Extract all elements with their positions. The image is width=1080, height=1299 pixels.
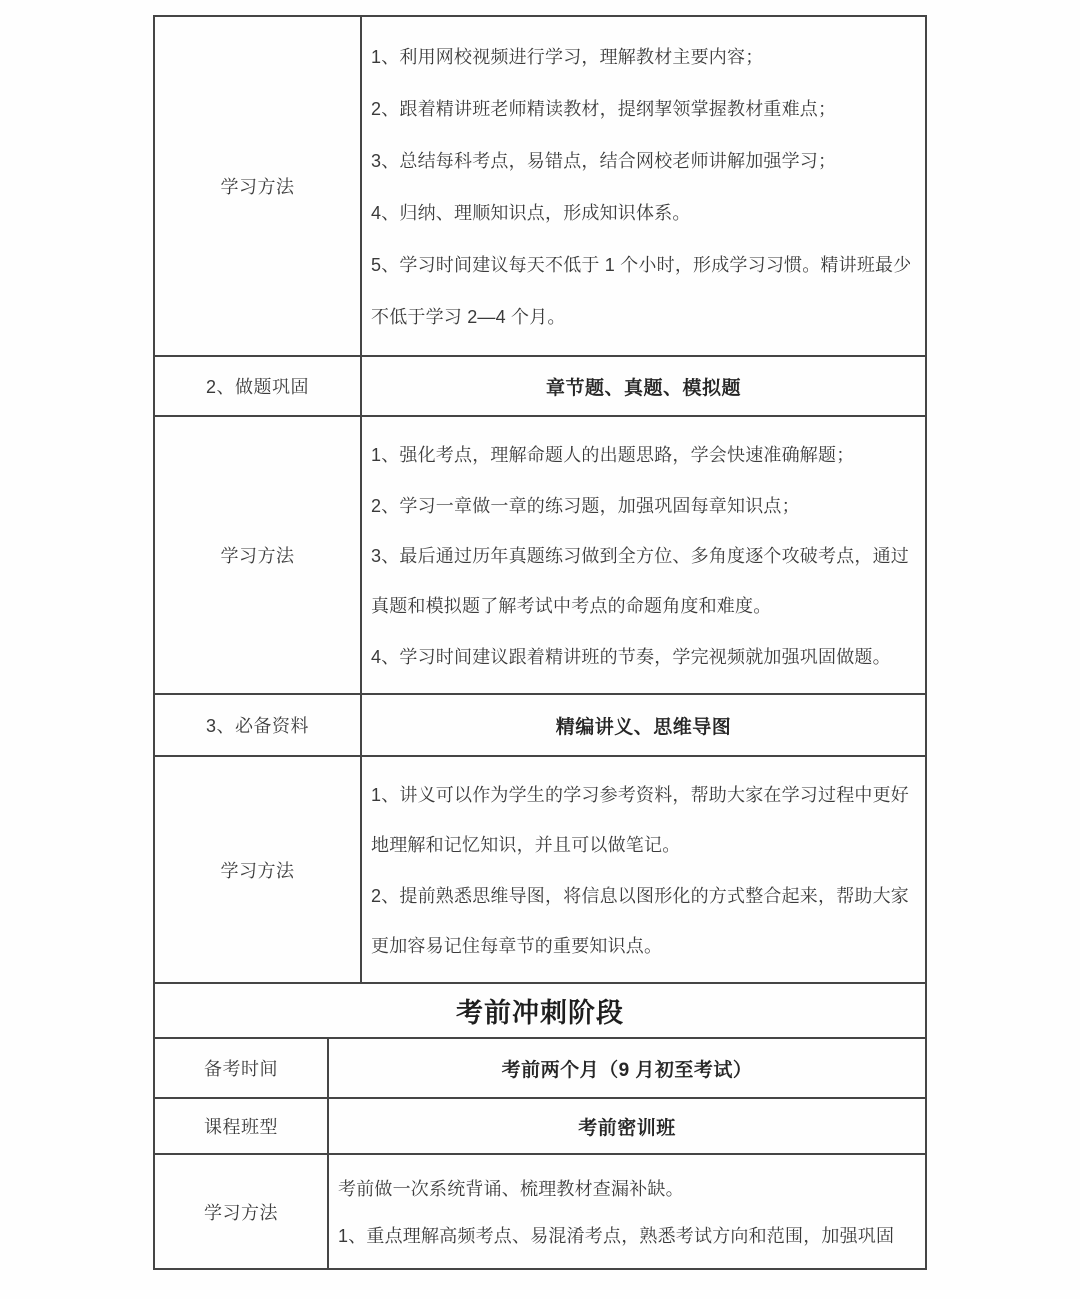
method-item: 5、学习时间建议每天不低于 1 个小时，形成学习习惯。精讲班最少 xyxy=(371,251,925,277)
row-label: 学习方法 xyxy=(155,17,362,355)
row-content: 考前两个月（9 月初至考试） xyxy=(329,1039,925,1097)
method-item-continuation: 真题和模拟题了解考试中考点的命题角度和难度。 xyxy=(371,592,925,618)
row-label-text: 3、必备资料 xyxy=(206,712,309,738)
row-content: 精编讲义、思维导图 xyxy=(362,695,925,755)
table-row-course-type: 课程班型 考前密训班 xyxy=(155,1099,925,1155)
table-row-study-method-4: 学习方法 考前做一次系统背诵、梳理教材查漏补缺。 1、重点理解高频考点、易混淆考… xyxy=(155,1155,925,1268)
method-item: 3、总结每科考点，易错点，结合网校老师讲解加强学习； xyxy=(371,147,925,173)
row-content: 1、利用网校视频进行学习，理解教材主要内容； 2、跟着精讲班老师精读教材，提纲挈… xyxy=(362,17,925,355)
table-row-study-method-3: 学习方法 1、讲义可以作为学生的学习参考资料，帮助大家在学习过程中更好 地理解和… xyxy=(155,757,925,984)
method-item: 1、利用网校视频进行学习，理解教材主要内容； xyxy=(371,43,925,69)
row-value-text: 考前密训班 xyxy=(578,1113,676,1140)
row-value-text: 精编讲义、思维导图 xyxy=(556,712,732,739)
study-plan-table: 学习方法 1、利用网校视频进行学习，理解教材主要内容； 2、跟着精讲班老师精读教… xyxy=(153,15,927,1270)
method-item: 2、提前熟悉思维导图，将信息以图形化的方式整合起来，帮助大家 xyxy=(371,882,925,908)
row-content: 1、强化考点，理解命题人的出题思路，学会快速准确解题； 2、学习一章做一章的练习… xyxy=(362,417,925,693)
row-content: 1、讲义可以作为学生的学习参考资料，帮助大家在学习过程中更好 地理解和记忆知识，… xyxy=(362,757,925,982)
table-row-study-method-1: 学习方法 1、利用网校视频进行学习，理解教材主要内容； 2、跟着精讲班老师精读教… xyxy=(155,17,925,357)
row-label: 学习方法 xyxy=(155,1155,329,1268)
row-label: 备考时间 xyxy=(155,1039,329,1097)
row-value-text: 考前两个月（9 月初至考试） xyxy=(502,1055,753,1082)
row-label: 学习方法 xyxy=(155,417,362,693)
method-item: 1、重点理解高频考点、易混淆考点，熟悉考试方向和范围，加强巩固 xyxy=(338,1222,925,1248)
row-content: 章节题、真题、模拟题 xyxy=(362,357,925,415)
row-value-text: 章节题、真题、模拟题 xyxy=(546,373,741,400)
method-item: 4、归纳、理顺知识点，形成知识体系。 xyxy=(371,199,925,225)
method-item: 1、讲义可以作为学生的学习参考资料，帮助大家在学习过程中更好 xyxy=(371,781,925,807)
row-label-text: 2、做题巩固 xyxy=(206,373,309,399)
method-item: 3、最后通过历年真题练习做到全方位、多角度逐个攻破考点，通过 xyxy=(371,542,925,568)
method-item: 4、学习时间建议跟着精讲班的节奏，学完视频就加强巩固做题。 xyxy=(371,643,925,669)
row-content: 考前密训班 xyxy=(329,1099,925,1153)
row-label-text: 学习方法 xyxy=(221,857,295,883)
method-item: 1、强化考点，理解命题人的出题思路，学会快速准确解题； xyxy=(371,441,925,467)
row-label: 3、必备资料 xyxy=(155,695,362,755)
row-label: 学习方法 xyxy=(155,757,362,982)
table-row-practice: 2、做题巩固 章节题、真题、模拟题 xyxy=(155,357,925,417)
method-item-continuation: 更加容易记住每章节的重要知识点。 xyxy=(371,932,925,958)
method-item-continuation: 不低于学习 2—4 个月。 xyxy=(371,303,925,329)
stage-header-row: 考前冲刺阶段 xyxy=(155,984,925,1039)
stage-title: 考前冲刺阶段 xyxy=(155,984,925,1037)
method-item: 2、学习一章做一章的练习题，加强巩固每章知识点； xyxy=(371,492,925,518)
method-item-continuation: 地理解和记忆知识，并且可以做笔记。 xyxy=(371,831,925,857)
method-item: 2、跟着精讲班老师精读教材，提纲挈领掌握教材重难点； xyxy=(371,95,925,121)
table-row-materials: 3、必备资料 精编讲义、思维导图 xyxy=(155,695,925,757)
row-label: 2、做题巩固 xyxy=(155,357,362,415)
row-label-text: 学习方法 xyxy=(204,1199,278,1225)
table-row-prep-time: 备考时间 考前两个月（9 月初至考试） xyxy=(155,1039,925,1099)
row-content: 考前做一次系统背诵、梳理教材查漏补缺。 1、重点理解高频考点、易混淆考点，熟悉考… xyxy=(329,1155,925,1268)
table-row-study-method-2: 学习方法 1、强化考点，理解命题人的出题思路，学会快速准确解题； 2、学习一章做… xyxy=(155,417,925,695)
method-item: 考前做一次系统背诵、梳理教材查漏补缺。 xyxy=(338,1175,925,1201)
row-label-text: 备考时间 xyxy=(204,1055,278,1081)
row-label-text: 课程班型 xyxy=(204,1113,278,1139)
row-label-text: 学习方法 xyxy=(221,542,295,568)
row-label-text: 学习方法 xyxy=(221,173,295,199)
row-label: 课程班型 xyxy=(155,1099,329,1153)
